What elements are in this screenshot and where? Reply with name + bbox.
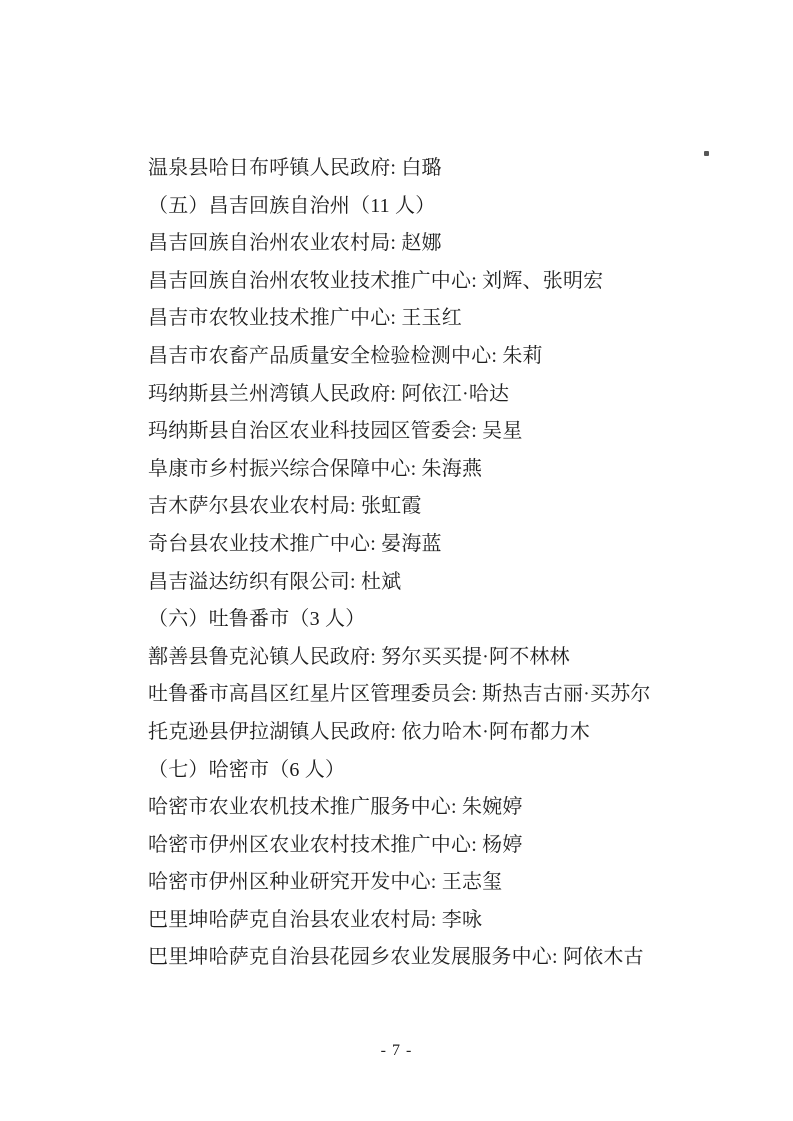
document-line: 昌吉市农畜产品质量安全检验检测中心: 朱莉	[148, 338, 748, 376]
document-line: 玛纳斯县自治区农业科技园区管委会: 吴星	[148, 413, 748, 451]
document-line: 昌吉回族自治州农业农村局: 赵娜	[148, 225, 748, 263]
document-line: 昌吉溢达纺织有限公司: 杜斌	[148, 564, 748, 602]
document-line: 吉木萨尔县农业农村局: 张虹霞	[148, 488, 748, 526]
document-line: 温泉县哈日布呼镇人民政府: 白璐	[148, 150, 748, 188]
document-line: 玛纳斯县兰州湾镇人民政府: 阿依江·哈达	[148, 376, 748, 414]
document-line: 奇台县农业技术推广中心: 晏海蓝	[148, 526, 748, 564]
page-number: - 7 -	[0, 1042, 793, 1060]
document-line: 鄯善县鲁克沁镇人民政府: 努尔买买提·阿不林林	[148, 639, 748, 677]
document-line: 巴里坤哈萨克自治县农业农村局: 李咏	[148, 902, 748, 940]
document-line: 哈密市农业农机技术推广服务中心: 朱婉婷	[148, 789, 748, 827]
document-line: 昌吉市农牧业技术推广中心: 王玉红	[148, 300, 748, 338]
document-line: 哈密市伊州区种业研究开发中心: 王志玺	[148, 864, 748, 902]
document-line: 阜康市乡村振兴综合保障中心: 朱海燕	[148, 451, 748, 489]
document-body: 温泉县哈日布呼镇人民政府: 白璐 （五）昌吉回族自治州（11 人） 昌吉回族自治…	[148, 150, 748, 977]
section-heading-6: （六）吐鲁番市（3 人）	[148, 601, 748, 639]
section-heading-7: （七）哈密市（6 人）	[148, 752, 748, 790]
document-line: 昌吉回族自治州农牧业技术推广中心: 刘辉、张明宏	[148, 263, 748, 301]
document-line: 托克逊县伊拉湖镇人民政府: 依力哈木·阿布都力木	[148, 714, 748, 752]
document-line: 吐鲁番市高昌区红星片区管理委员会: 斯热吉古丽·买苏尔	[148, 676, 748, 714]
document-page: 温泉县哈日布呼镇人民政府: 白璐 （五）昌吉回族自治州（11 人） 昌吉回族自治…	[0, 0, 793, 1121]
section-heading-5: （五）昌吉回族自治州（11 人）	[148, 188, 748, 226]
document-line: 巴里坤哈萨克自治县花园乡农业发展服务中心: 阿依木古	[148, 939, 748, 977]
document-line: 哈密市伊州区农业农村技术推广中心: 杨婷	[148, 827, 748, 865]
